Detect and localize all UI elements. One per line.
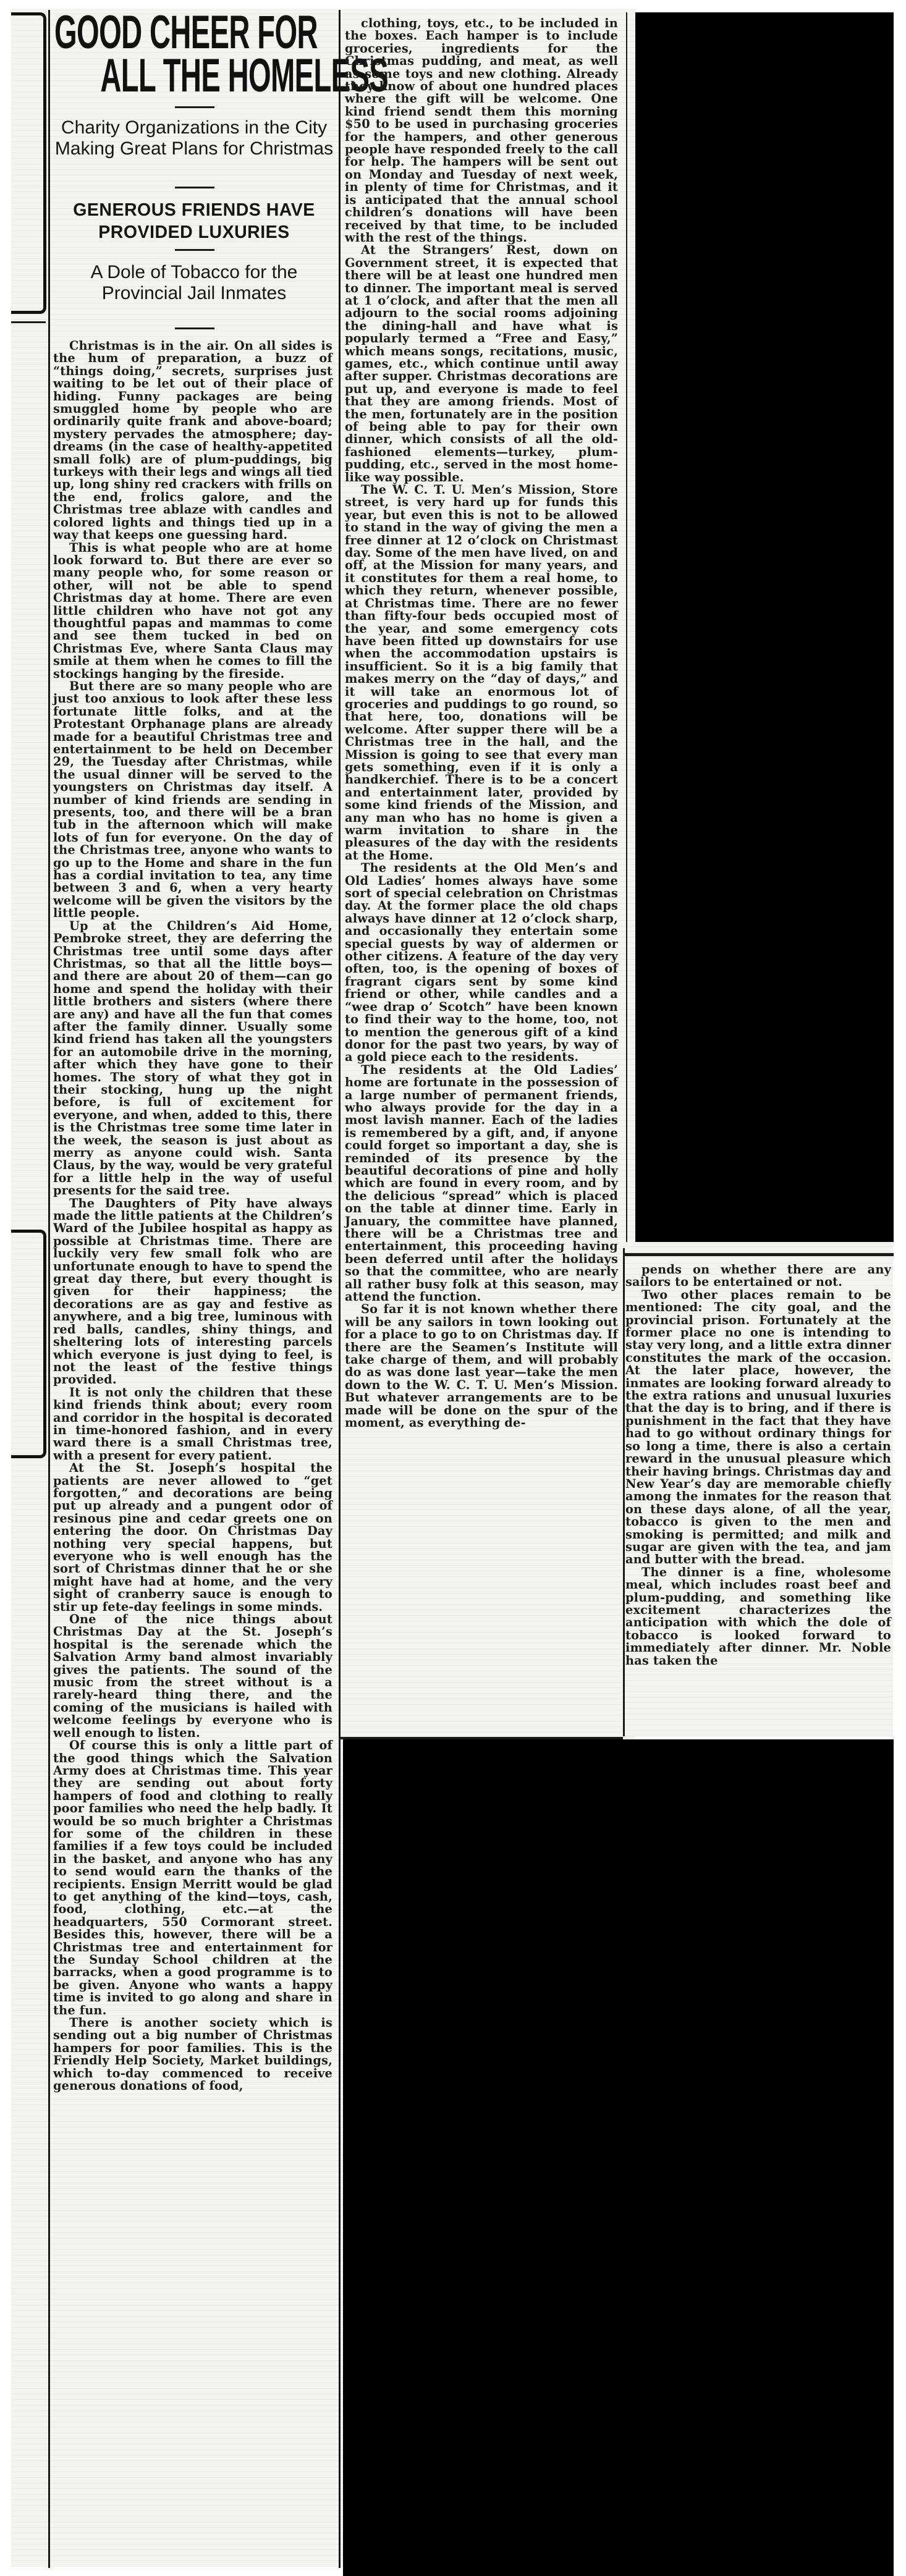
column-3-top-rule <box>624 1253 894 1256</box>
headline-line-2: ALL THE HOMELESS <box>54 54 227 98</box>
article-paragraph: The dinner is a fine, wholesome meal, wh… <box>625 1566 891 1667</box>
article-paragraph: The W. C. T. U. Men’s Mission, Store str… <box>345 484 618 862</box>
adjacent-ad-border-top <box>11 12 46 314</box>
article-paragraph: At the St. Joseph’s hospital the patient… <box>53 1462 332 1613</box>
article-paragraph: clothing, toys, etc., to be included in … <box>345 17 618 244</box>
column-rule-1 <box>339 10 341 2568</box>
article-paragraph: Up at the Children’s Aid Home, Pembroke … <box>53 920 332 1197</box>
article-paragraph: The residents at the Old Ladies’ home ar… <box>345 1064 618 1304</box>
adjacent-ad-border-bottom <box>11 1230 46 1458</box>
left-margin-rule <box>11 321 46 323</box>
column-rule-2 <box>623 1248 625 1736</box>
article-paragraph: Of course this is only a little part of … <box>53 1739 332 2017</box>
subheadline-1: Charity Organizations in the City Making… <box>54 117 334 159</box>
left-column-rule <box>48 10 50 2568</box>
article-paragraph: The residents at the Old Men’s and Old L… <box>345 862 618 1064</box>
article-paragraph: There is another society which is sendin… <box>53 2017 332 2092</box>
article-paragraph: Two other places remain to be mentioned:… <box>625 1289 891 1566</box>
column-2-bottom-rule <box>339 1737 623 1739</box>
article-column-2: clothing, toys, etc., to be included in … <box>345 17 618 1430</box>
masked-region-top-right <box>635 12 894 1242</box>
headline-line-1: GOOD CHEER FOR <box>54 11 227 54</box>
article-paragraph: It is not only the children that these k… <box>53 1387 332 1462</box>
subheadline-2: GENEROUS FRIENDS HAVE PROVIDED LUXURIES <box>54 199 334 243</box>
masked-region-lower-right-strip <box>627 1739 894 2576</box>
article-paragraph: At the Strangers’ Rest, down on Governme… <box>345 244 618 484</box>
headline-divider-2 <box>175 187 214 188</box>
headline-divider-1 <box>175 106 214 108</box>
article-column-3: pends on whether there are any sailors t… <box>625 1264 891 1667</box>
column-rule-2-top <box>626 12 627 1242</box>
headline-divider-3 <box>175 249 214 251</box>
article-paragraph: But there are so many people who are jus… <box>53 680 332 920</box>
article-paragraph: Christmas is in the air. On all sides is… <box>53 340 332 542</box>
article-paragraph: So far it is not known whether there wil… <box>345 1303 618 1429</box>
headline-divider-4 <box>175 327 214 329</box>
article-paragraph: This is what people who are at home look… <box>53 542 332 680</box>
article-column-1: Christmas is in the air. On all sides is… <box>53 340 332 2092</box>
article-paragraph: One of the nice things about Christmas D… <box>53 1613 332 1739</box>
subheadline-3: A Dole of Tobacco for the Provincial Jai… <box>54 262 334 304</box>
article-paragraph: The Daughters of Pity have always made t… <box>53 1197 332 1387</box>
headline: GOOD CHEER FOR ALL THE HOMELESS <box>54 11 227 98</box>
article-paragraph: pends on whether there are any sailors t… <box>625 1264 891 1289</box>
